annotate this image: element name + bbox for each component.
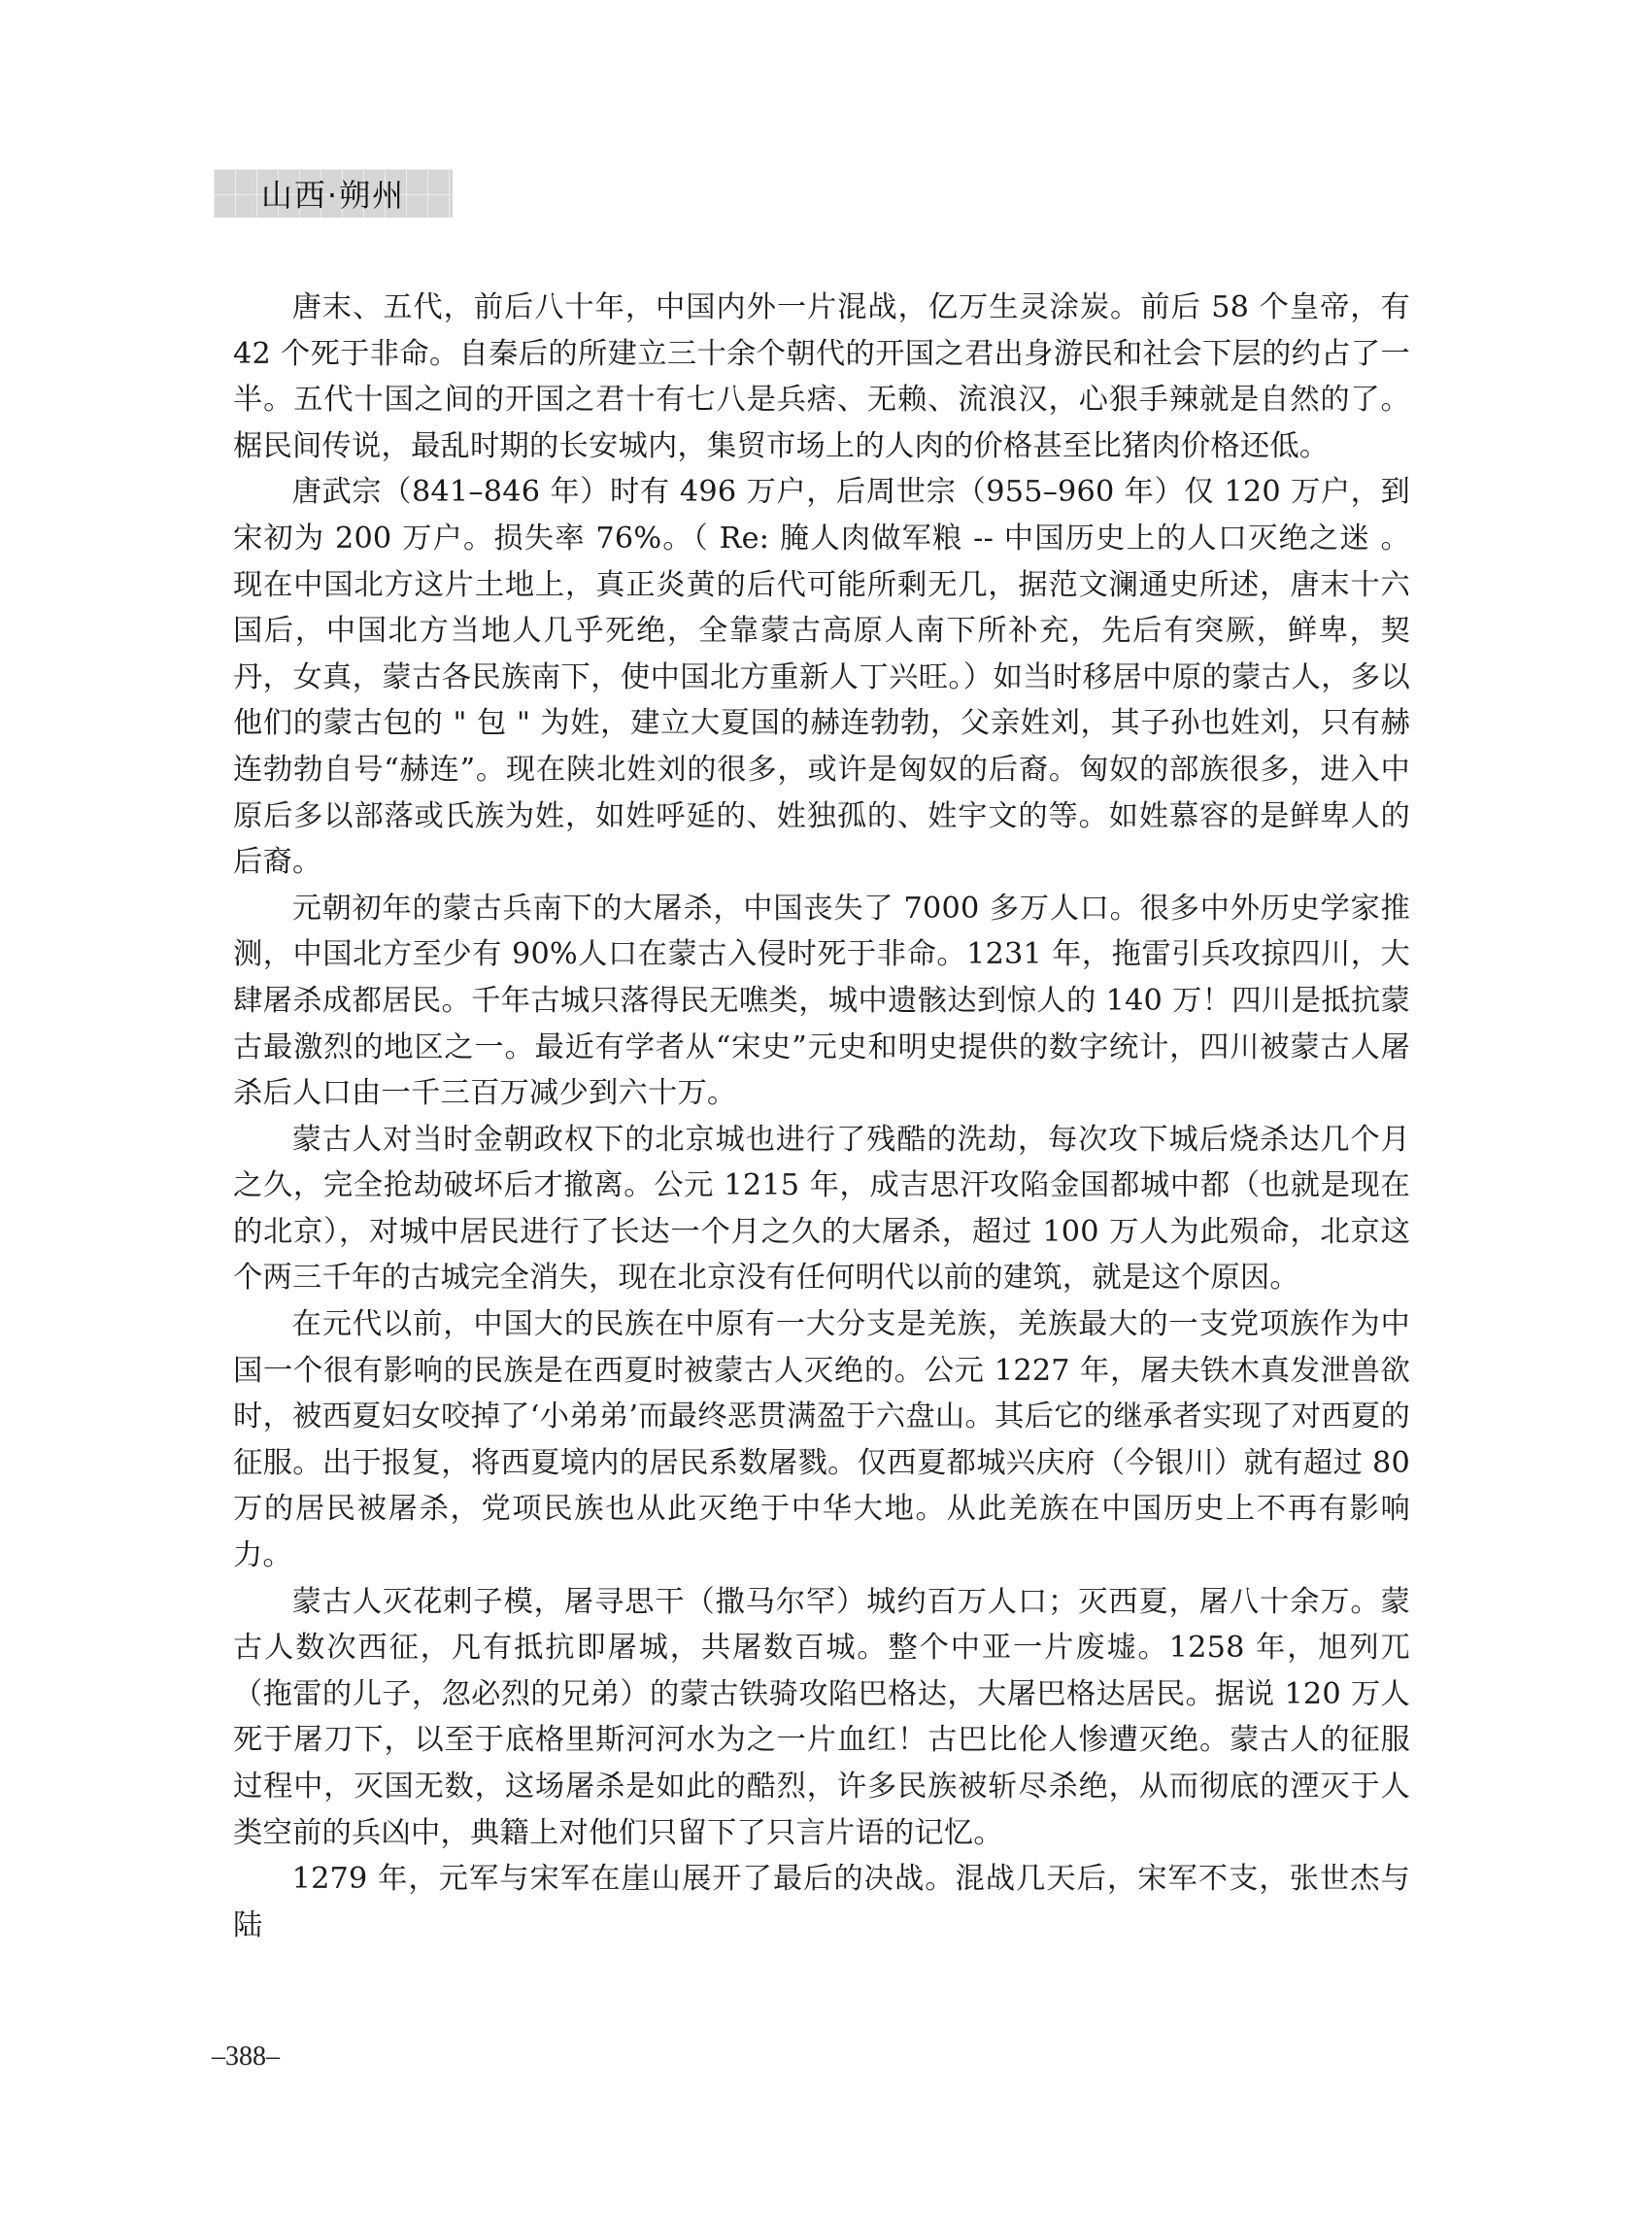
paragraph: 蒙古人灭花剌子模，屠寻思干（撒马尔罕）城约百万人口；灭西夏，屠八十余万。蒙古人数…: [233, 1579, 1410, 1857]
page-number: –388–: [212, 2041, 280, 2073]
article-body: 唐末、五代，前后八十年，中国内外一片混战，亿万生灵涂炭。前后 58 个皇帝，有 …: [233, 285, 1410, 1948]
chapter-title: 山西·朔州: [261, 171, 405, 216]
paragraph: 1279 年，元军与宋军在崖山展开了最后的决战。混战几天后，宋军不支，张世杰与陆: [233, 1856, 1410, 1948]
paragraph: 唐末、五代，前后八十年，中国内外一片混战，亿万生灵涂炭。前后 58 个皇帝，有 …: [233, 285, 1410, 469]
paragraph: 蒙古人对当时金朝政权下的北京城也进行了残酷的洗劫，每次攻下城后烧杀达几个月之久，…: [233, 1117, 1410, 1301]
paragraph: 唐武宗（841–846 年）时有 496 万户，后周世宗（955–960 年）仅…: [233, 469, 1410, 885]
paragraph: 元朝初年的蒙古兵南下的大屠杀，中国丧失了 7000 多万人口。很多中外历史学家推…: [233, 886, 1410, 1117]
chapter-header: 山西·朔州: [214, 169, 453, 218]
paragraph: 在元代以前，中国大的民族在中原有一大分支是羌族，羌族最大的一支党项族作为中国一个…: [233, 1301, 1410, 1579]
